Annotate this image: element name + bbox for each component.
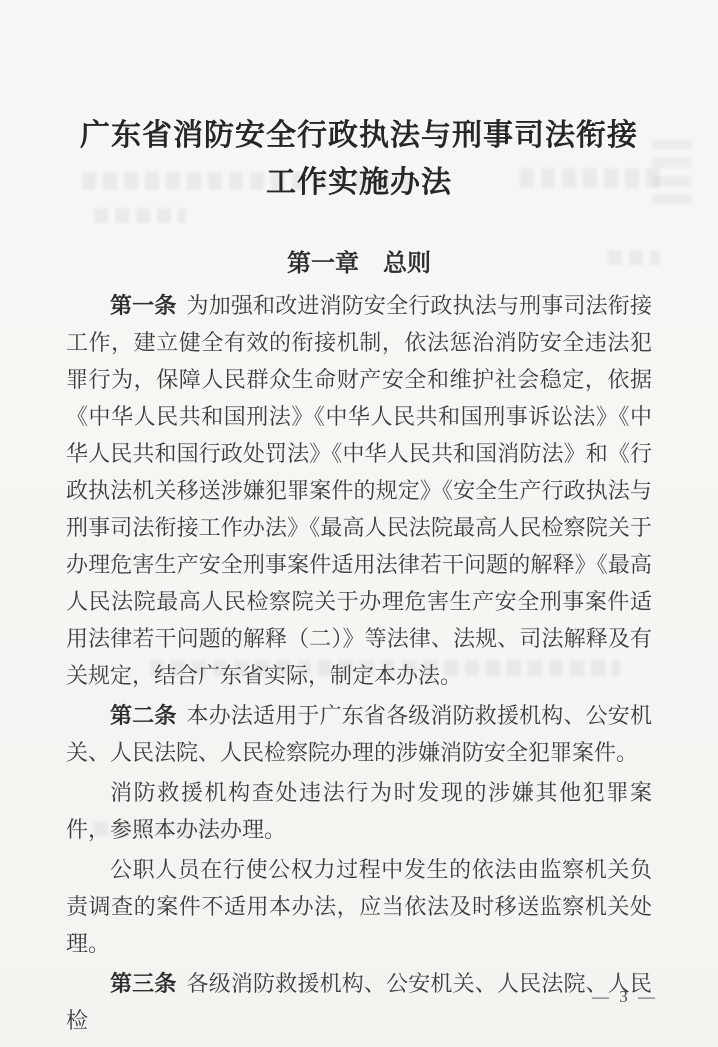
chapter-title: 总则 bbox=[383, 250, 431, 277]
document-body: 第一条为加强和改进消防安全行政执法与刑事司法衔接工作，建立健全有效的衔接机制，依… bbox=[66, 287, 652, 1042]
article-number-label: 第一条 bbox=[110, 293, 177, 318]
page-number: — 3 — bbox=[592, 987, 658, 1007]
body-paragraph: 第三条各级消防救援机构、公安机关、人民法院、人民检 bbox=[66, 965, 652, 1039]
article-number-label: 第二条 bbox=[110, 703, 177, 728]
document-title-line1: 广东省消防安全行政执法与刑事司法衔接 bbox=[0, 112, 718, 159]
paragraph-text: 为加强和改进消防安全行政执法与刑事司法衔接工作，建立健全有效的衔接机制，依法惩治… bbox=[66, 293, 652, 688]
document-title: 广东省消防安全行政执法与刑事司法衔接 工作实施办法 bbox=[0, 112, 718, 206]
article-number-label: 第三条 bbox=[110, 971, 177, 996]
scanned-document-page: 广东省消防安全行政执法与刑事司法衔接 工作实施办法 第一章总则 第一条为加强和改… bbox=[0, 0, 718, 1047]
body-paragraph: 第二条本办法适用于广东省各级消防救援机构、公安机关、人民法院、人民检察院办理的涉… bbox=[66, 697, 652, 771]
body-paragraph: 第一条为加强和改进消防安全行政执法与刑事司法衔接工作，建立健全有效的衔接机制，依… bbox=[66, 287, 652, 694]
document-title-line2: 工作实施办法 bbox=[0, 159, 718, 206]
paragraph-text: 消防救援机构查处违法行为时发现的涉嫌其他犯罪案件，参照本办法办理。 bbox=[66, 780, 652, 842]
paragraph-text: 公职人员在行使公权力过程中发生的依法由监察机关负责调查的案件不适用本办法，应当依… bbox=[66, 857, 652, 956]
chapter-number: 第一章 bbox=[287, 250, 359, 277]
body-paragraph: 消防救援机构查处违法行为时发现的涉嫌其他犯罪案件，参照本办法办理。 bbox=[66, 774, 652, 848]
body-paragraph: 公职人员在行使公权力过程中发生的依法由监察机关负责调查的案件不适用本办法，应当依… bbox=[66, 851, 652, 962]
ink-bleedthrough bbox=[94, 208, 186, 223]
chapter-heading: 第一章总则 bbox=[0, 249, 718, 279]
